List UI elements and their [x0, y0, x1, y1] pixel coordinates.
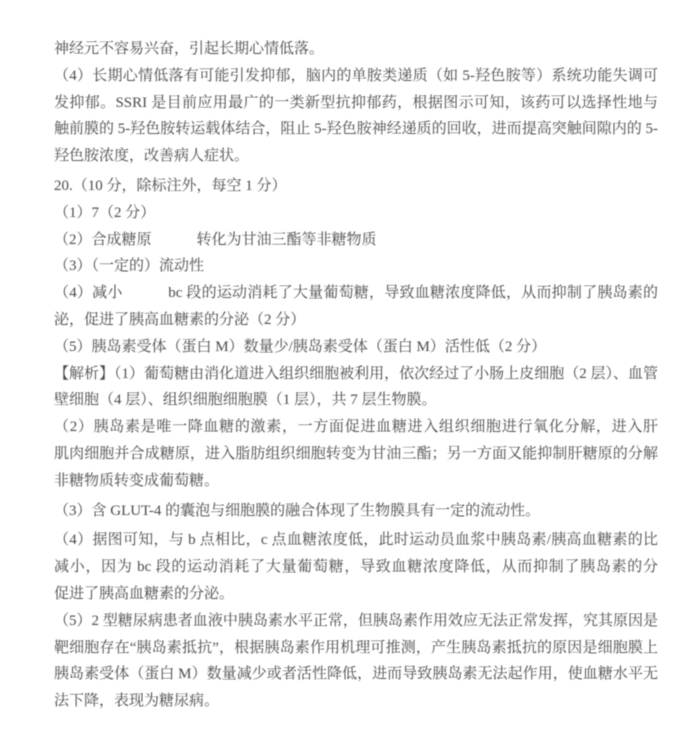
- text-line-12: （5）胰岛素受体（蛋白 M）数量少/胰岛素受体（蛋白 M）活性低（2 分）: [54, 334, 658, 361]
- text-line-21: 促进了胰高血糖素的分泌。: [54, 581, 658, 608]
- text-line-15: （2）胰岛素是唯一降血糖的激素，一方面促进血糖进入组织细胞进行氧化分解，进入肝脏…: [54, 414, 658, 441]
- text-line-6: 20.（10 分，除标注外，每空 1 分）: [54, 173, 658, 200]
- text-line-24: 胰岛素受体（蛋白 M）数量减少或者活性降低，进而导致胰岛素无法起作用，使血糖水平…: [54, 661, 658, 688]
- text-line-17: 非糖物质转变成葡萄糖。: [54, 468, 658, 495]
- text-line-16: 肌肉细胞并合成糖原，进入脂肪组织细胞转变为甘油三酯；另一方面又能抑制肝糖原的分解…: [54, 441, 658, 468]
- text-line-9: （3）（一定的）流动性: [54, 253, 658, 280]
- document-text-column: 神经元不容易兴奋，引起长期心情低落。（4）长期心情低落有可能引发抑郁，脑内的单胺…: [54, 36, 658, 715]
- text-line-7: （1）7（2 分）: [54, 200, 658, 227]
- text-line-1: 神经元不容易兴奋，引起长期心情低落。: [54, 36, 658, 63]
- text-line-13: 【解析】（1）葡萄糖由消化道进入组织细胞被利用，依次经过了小肠上皮细胞（2 层）…: [54, 361, 658, 388]
- text-line-20: 减小，因为 bc 段的运动消耗了大量葡萄糖，导致血糖浓度降低，从而抑制了胰岛素的…: [54, 554, 658, 581]
- text-line-18: （3）含 GLUT-4 的囊泡与细胞膜的融合体现了生物膜具有一定的流动性。: [54, 498, 658, 525]
- text-line-19: （4）据图可知，与 b 点相比，c 点血糖浓度低，此时运动员血浆中胰岛素/胰高血…: [54, 527, 658, 554]
- text-line-8: （2）合成糖原 转化为甘油三酯等非糖物质: [54, 227, 658, 254]
- text-line-10: （4）减小 bc 段的运动消耗了大量葡萄糖，导致血糖浓度降低，从而抑制了胰岛素的…: [54, 280, 658, 307]
- text-line-4: 触前膜的 5-羟色胺转运载体结合，阻止 5-羟色胺神经递质的回收，进而提高突触间…: [54, 116, 658, 143]
- document-page: 神经元不容易兴奋，引起长期心情低落。（4）长期心情低落有可能引发抑郁，脑内的单胺…: [0, 0, 674, 743]
- text-line-11: 泌，促进了胰高血糖素的分泌（2 分）: [54, 307, 658, 334]
- text-line-5: 羟色胺浓度，改善病人症状。: [54, 143, 658, 170]
- text-line-23: 靶细胞存在“胰岛素抵抗”，根据胰岛素作用机理可推测，产生胰岛素抵抗的原因是细胞膜…: [54, 635, 658, 662]
- text-line-14: 壁细胞（4 层）、组织细胞细胞膜（1 层），共 7 层生物膜。: [54, 387, 658, 414]
- text-line-22: （5）2 型糖尿病患者血液中胰岛素水平正常，但胰岛素作用效应无法正常发挥，究其原…: [54, 608, 658, 635]
- text-line-3: 发抑郁。SSRI 是目前应用最广的一类新型抗抑郁药，根据图示可知，该药可以选择性…: [54, 90, 658, 117]
- text-line-2: （4）长期心情低落有可能引发抑郁，脑内的单胺类递质（如 5-羟色胺等）系统功能失…: [54, 63, 658, 90]
- text-line-25: 法下降，表现为糖尿病。: [54, 688, 658, 715]
